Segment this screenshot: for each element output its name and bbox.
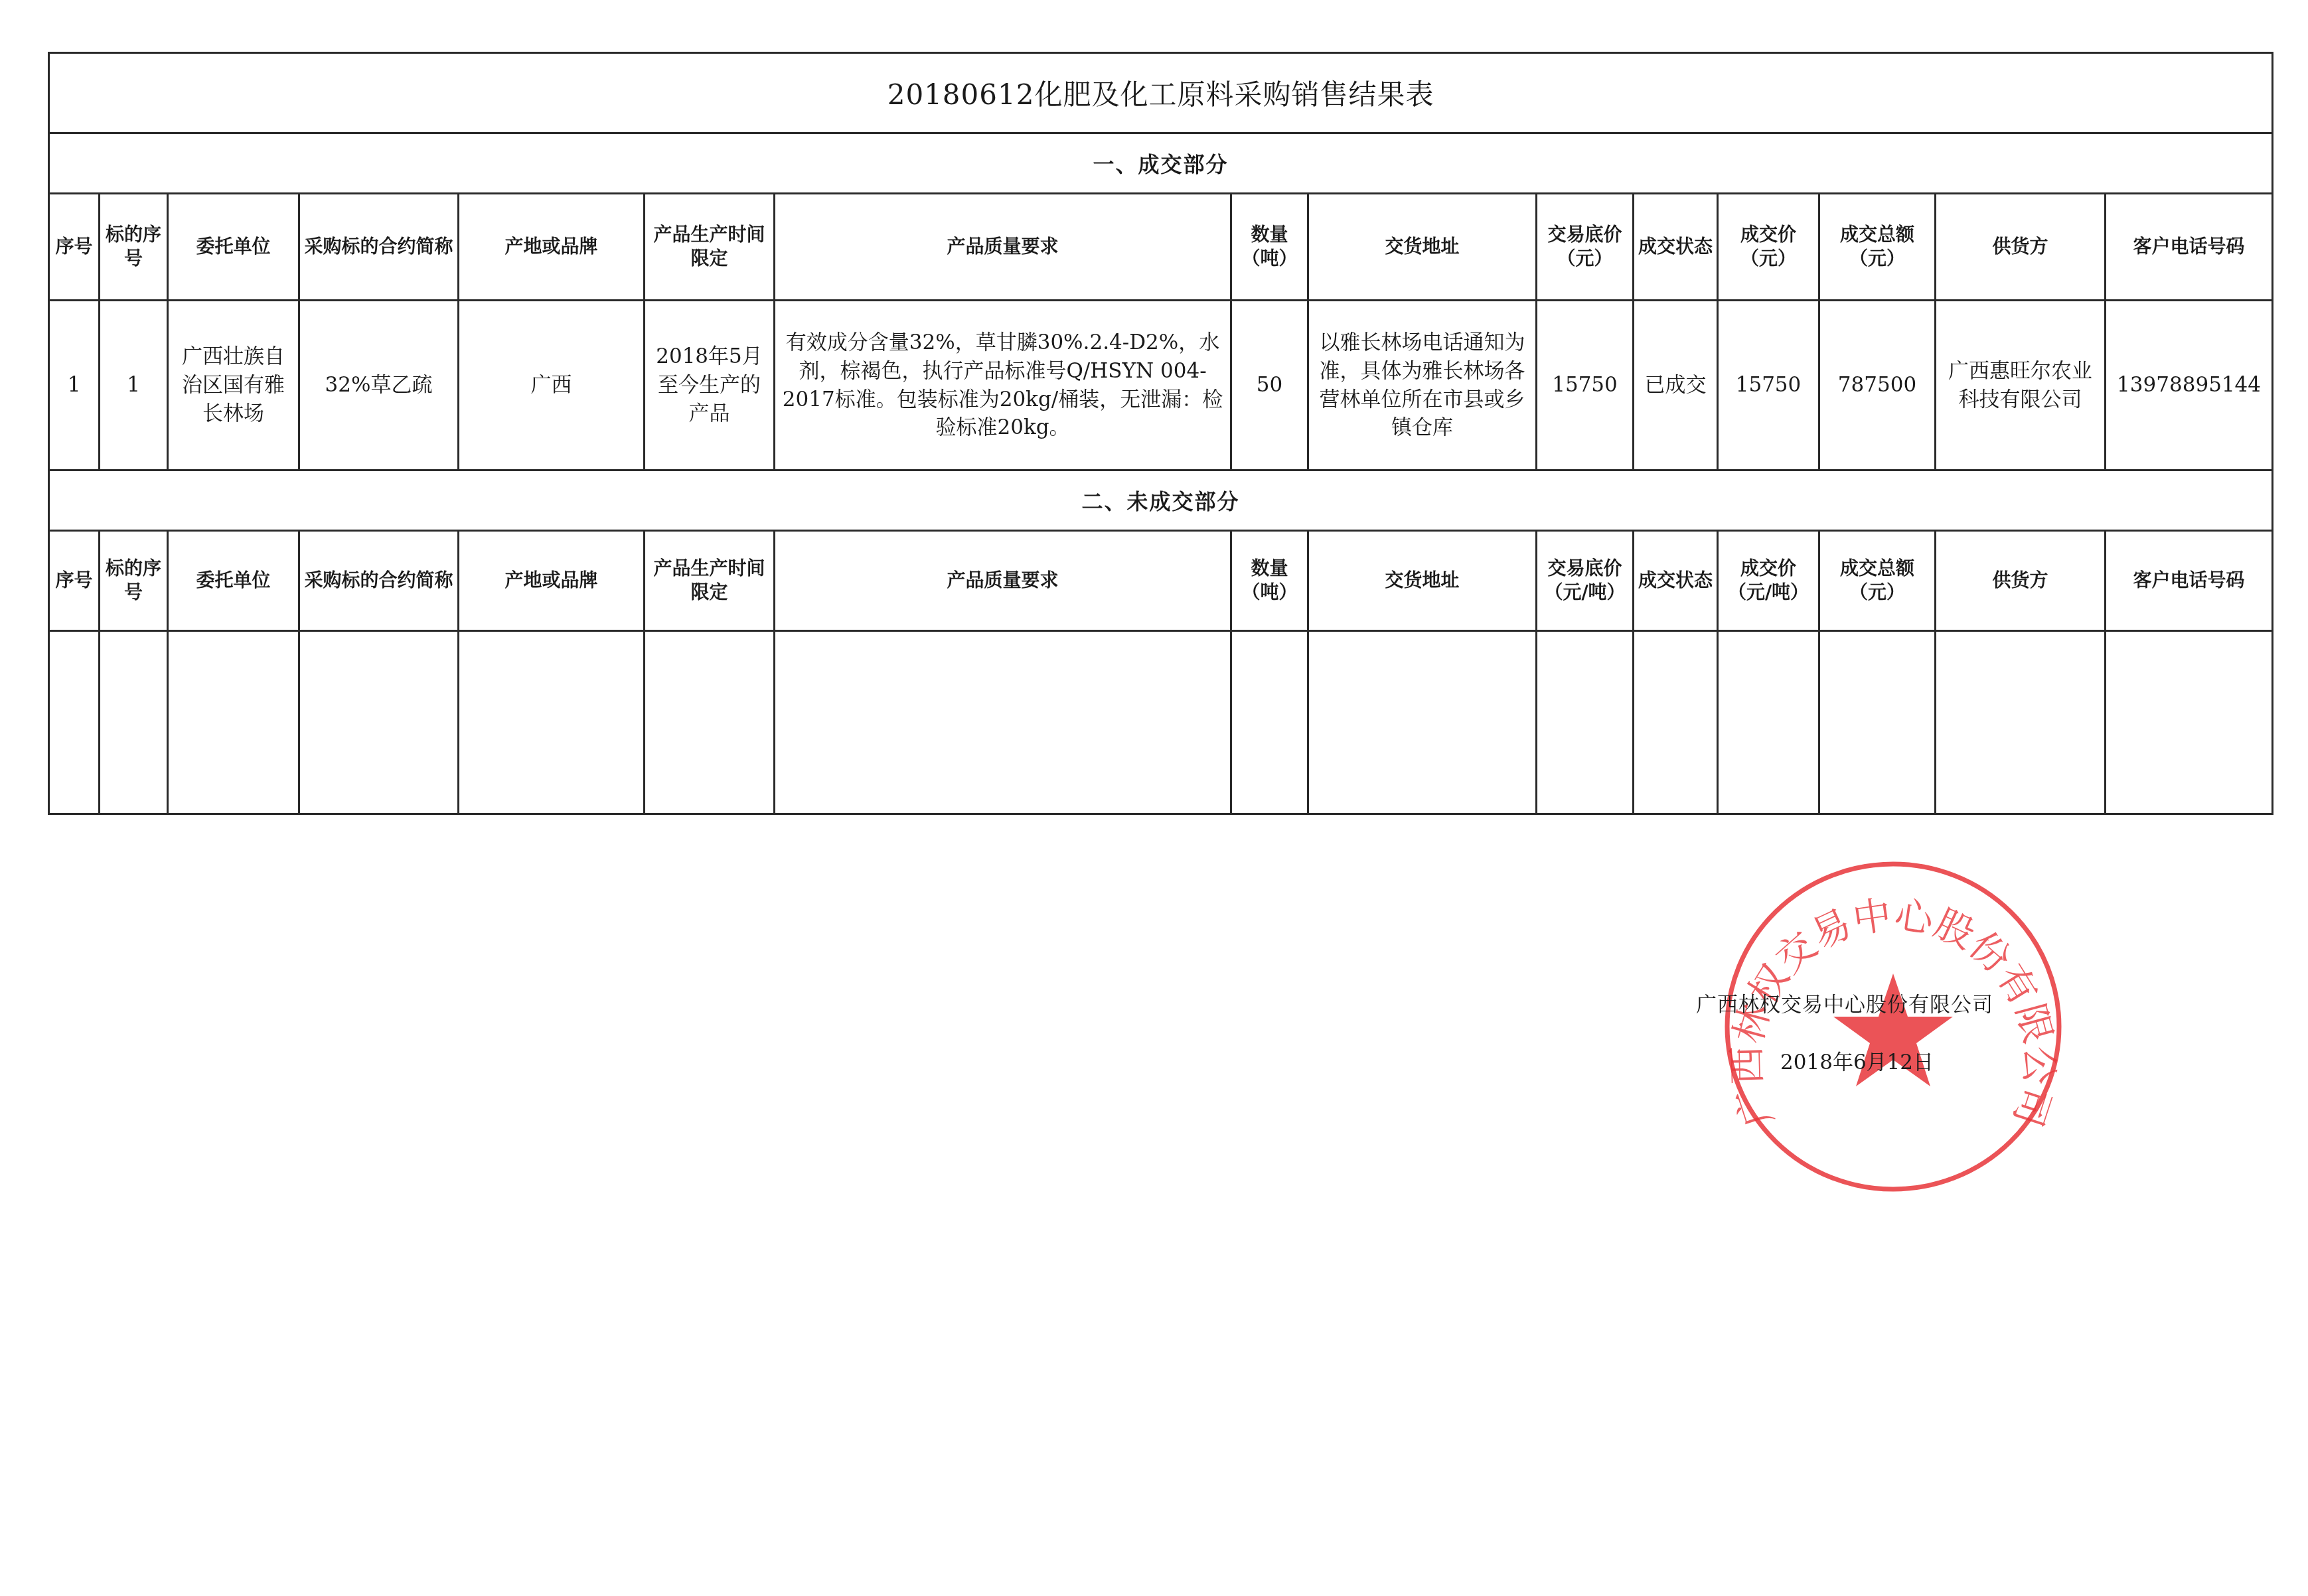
cell-contract-name: 32%草乙疏 <box>299 301 459 471</box>
completed-body: 11广西壮族自治区国有雅长林场32%草乙疏广西2018年5月至今生产的产品有效成… <box>49 301 2273 471</box>
completed-header-cell: 采购标的合约简称 <box>299 194 459 301</box>
signature-date: 2018年6月12日 <box>1780 1045 1934 1075</box>
results-sheet: 20180612化肥及化工原料采购销售结果表 一、成交部分 序号标的序号委托单位… <box>48 52 2271 815</box>
completed-header-cell: 序号 <box>49 194 100 301</box>
results-table: 20180612化肥及化工原料采购销售结果表 一、成交部分 序号标的序号委托单位… <box>48 52 2273 815</box>
empty-cell <box>1537 631 1634 814</box>
uncompleted-header-cell: 数量（吨） <box>1231 531 1308 631</box>
uncompleted-header-cell: 标的序号 <box>100 531 168 631</box>
uncompleted-empty-row <box>49 631 2273 814</box>
empty-cell <box>775 631 1231 814</box>
section-completed-row: 一、成交部分 <box>49 133 2273 194</box>
cell-deal-price: 15750 <box>1718 301 1819 471</box>
uncompleted-header-cell: 成交价（元/吨） <box>1718 531 1819 631</box>
empty-cell <box>645 631 775 814</box>
uncompleted-header-cell: 产品生产时间限定 <box>645 531 775 631</box>
completed-header-cell: 产地或品牌 <box>459 194 645 301</box>
uncompleted-header-cell: 客户电话号码 <box>2106 531 2273 631</box>
uncompleted-header-cell: 序号 <box>49 531 100 631</box>
completed-header-cell: 交货地址 <box>1308 194 1537 301</box>
empty-cell <box>1634 631 1718 814</box>
page-title: 20180612化肥及化工原料采购销售结果表 <box>49 53 2273 133</box>
completed-header-cell: 成交总额（元） <box>1819 194 1936 301</box>
cell-phone: 13978895144 <box>2106 301 2273 471</box>
cell-origin-brand: 广西 <box>459 301 645 471</box>
uncompleted-header-cell: 成交状态 <box>1634 531 1718 631</box>
completed-header-cell: 成交状态 <box>1634 194 1718 301</box>
signature-company: 广西林权交易中心股份有限公司 <box>1696 987 1993 1017</box>
empty-cell <box>1308 631 1537 814</box>
section-uncompleted-row: 二、未成交部分 <box>49 471 2273 531</box>
section-uncompleted-title: 二、未成交部分 <box>49 471 2273 531</box>
cell-quantity: 50 <box>1231 301 1308 471</box>
completed-header-cell: 数量（吨） <box>1231 194 1308 301</box>
cell-seq: 1 <box>49 301 100 471</box>
cell-quality: 有效成分含量32%，草甘膦30%.2.4-D2%，水剂，棕褐色，执行产品标准号Q… <box>775 301 1231 471</box>
table-row: 11广西壮族自治区国有雅长林场32%草乙疏广西2018年5月至今生产的产品有效成… <box>49 301 2273 471</box>
cell-reserve-price: 15750 <box>1537 301 1634 471</box>
empty-cell <box>2106 631 2273 814</box>
empty-cell <box>168 631 299 814</box>
completed-header-row: 序号标的序号委托单位采购标的合约简称产地或品牌产品生产时间限定产品质量要求数量（… <box>49 194 2273 301</box>
uncompleted-header-cell: 交易底价（元/吨） <box>1537 531 1634 631</box>
empty-cell <box>1231 631 1308 814</box>
completed-header-cell: 委托单位 <box>168 194 299 301</box>
completed-header-cell: 客户电话号码 <box>2106 194 2273 301</box>
uncompleted-header-cell: 产地或品牌 <box>459 531 645 631</box>
completed-header-cell: 成交价（元） <box>1718 194 1819 301</box>
cell-production-time: 2018年5月至今生产的产品 <box>645 301 775 471</box>
uncompleted-header-cell: 供货方 <box>1936 531 2106 631</box>
empty-cell <box>1718 631 1819 814</box>
uncompleted-header-cell: 委托单位 <box>168 531 299 631</box>
uncompleted-header-cell: 产品质量要求 <box>775 531 1231 631</box>
empty-cell <box>1936 631 2106 814</box>
uncompleted-header-cell: 交货地址 <box>1308 531 1537 631</box>
uncompleted-header-cell: 成交总额（元） <box>1819 531 1936 631</box>
empty-cell <box>49 631 100 814</box>
cell-status: 已成交 <box>1634 301 1718 471</box>
cell-supplier: 广西惠旺尔农业科技有限公司 <box>1936 301 2106 471</box>
empty-cell <box>100 631 168 814</box>
section-completed-title: 一、成交部分 <box>49 133 2273 194</box>
empty-cell <box>1819 631 1936 814</box>
cell-total-amount: 787500 <box>1819 301 1936 471</box>
cell-delivery-address: 以雅长林场电话通知为准，具体为雅长林场各营林单位所在市县或乡镇仓库 <box>1308 301 1537 471</box>
company-seal-icon: 广西林权交易中心股份有限公司 <box>1721 857 2066 1196</box>
uncompleted-header-cell: 采购标的合约简称 <box>299 531 459 631</box>
completed-header-cell: 产品质量要求 <box>775 194 1231 301</box>
empty-cell <box>299 631 459 814</box>
cell-lot-seq: 1 <box>100 301 168 471</box>
uncompleted-header-row: 序号标的序号委托单位采购标的合约简称产地或品牌产品生产时间限定产品质量要求数量（… <box>49 531 2273 631</box>
cell-client: 广西壮族自治区国有雅长林场 <box>168 301 299 471</box>
completed-header-cell: 产品生产时间限定 <box>645 194 775 301</box>
empty-cell <box>459 631 645 814</box>
completed-header-cell: 供货方 <box>1936 194 2106 301</box>
title-row: 20180612化肥及化工原料采购销售结果表 <box>49 53 2273 133</box>
completed-header-cell: 标的序号 <box>100 194 168 301</box>
completed-header-cell: 交易底价（元） <box>1537 194 1634 301</box>
